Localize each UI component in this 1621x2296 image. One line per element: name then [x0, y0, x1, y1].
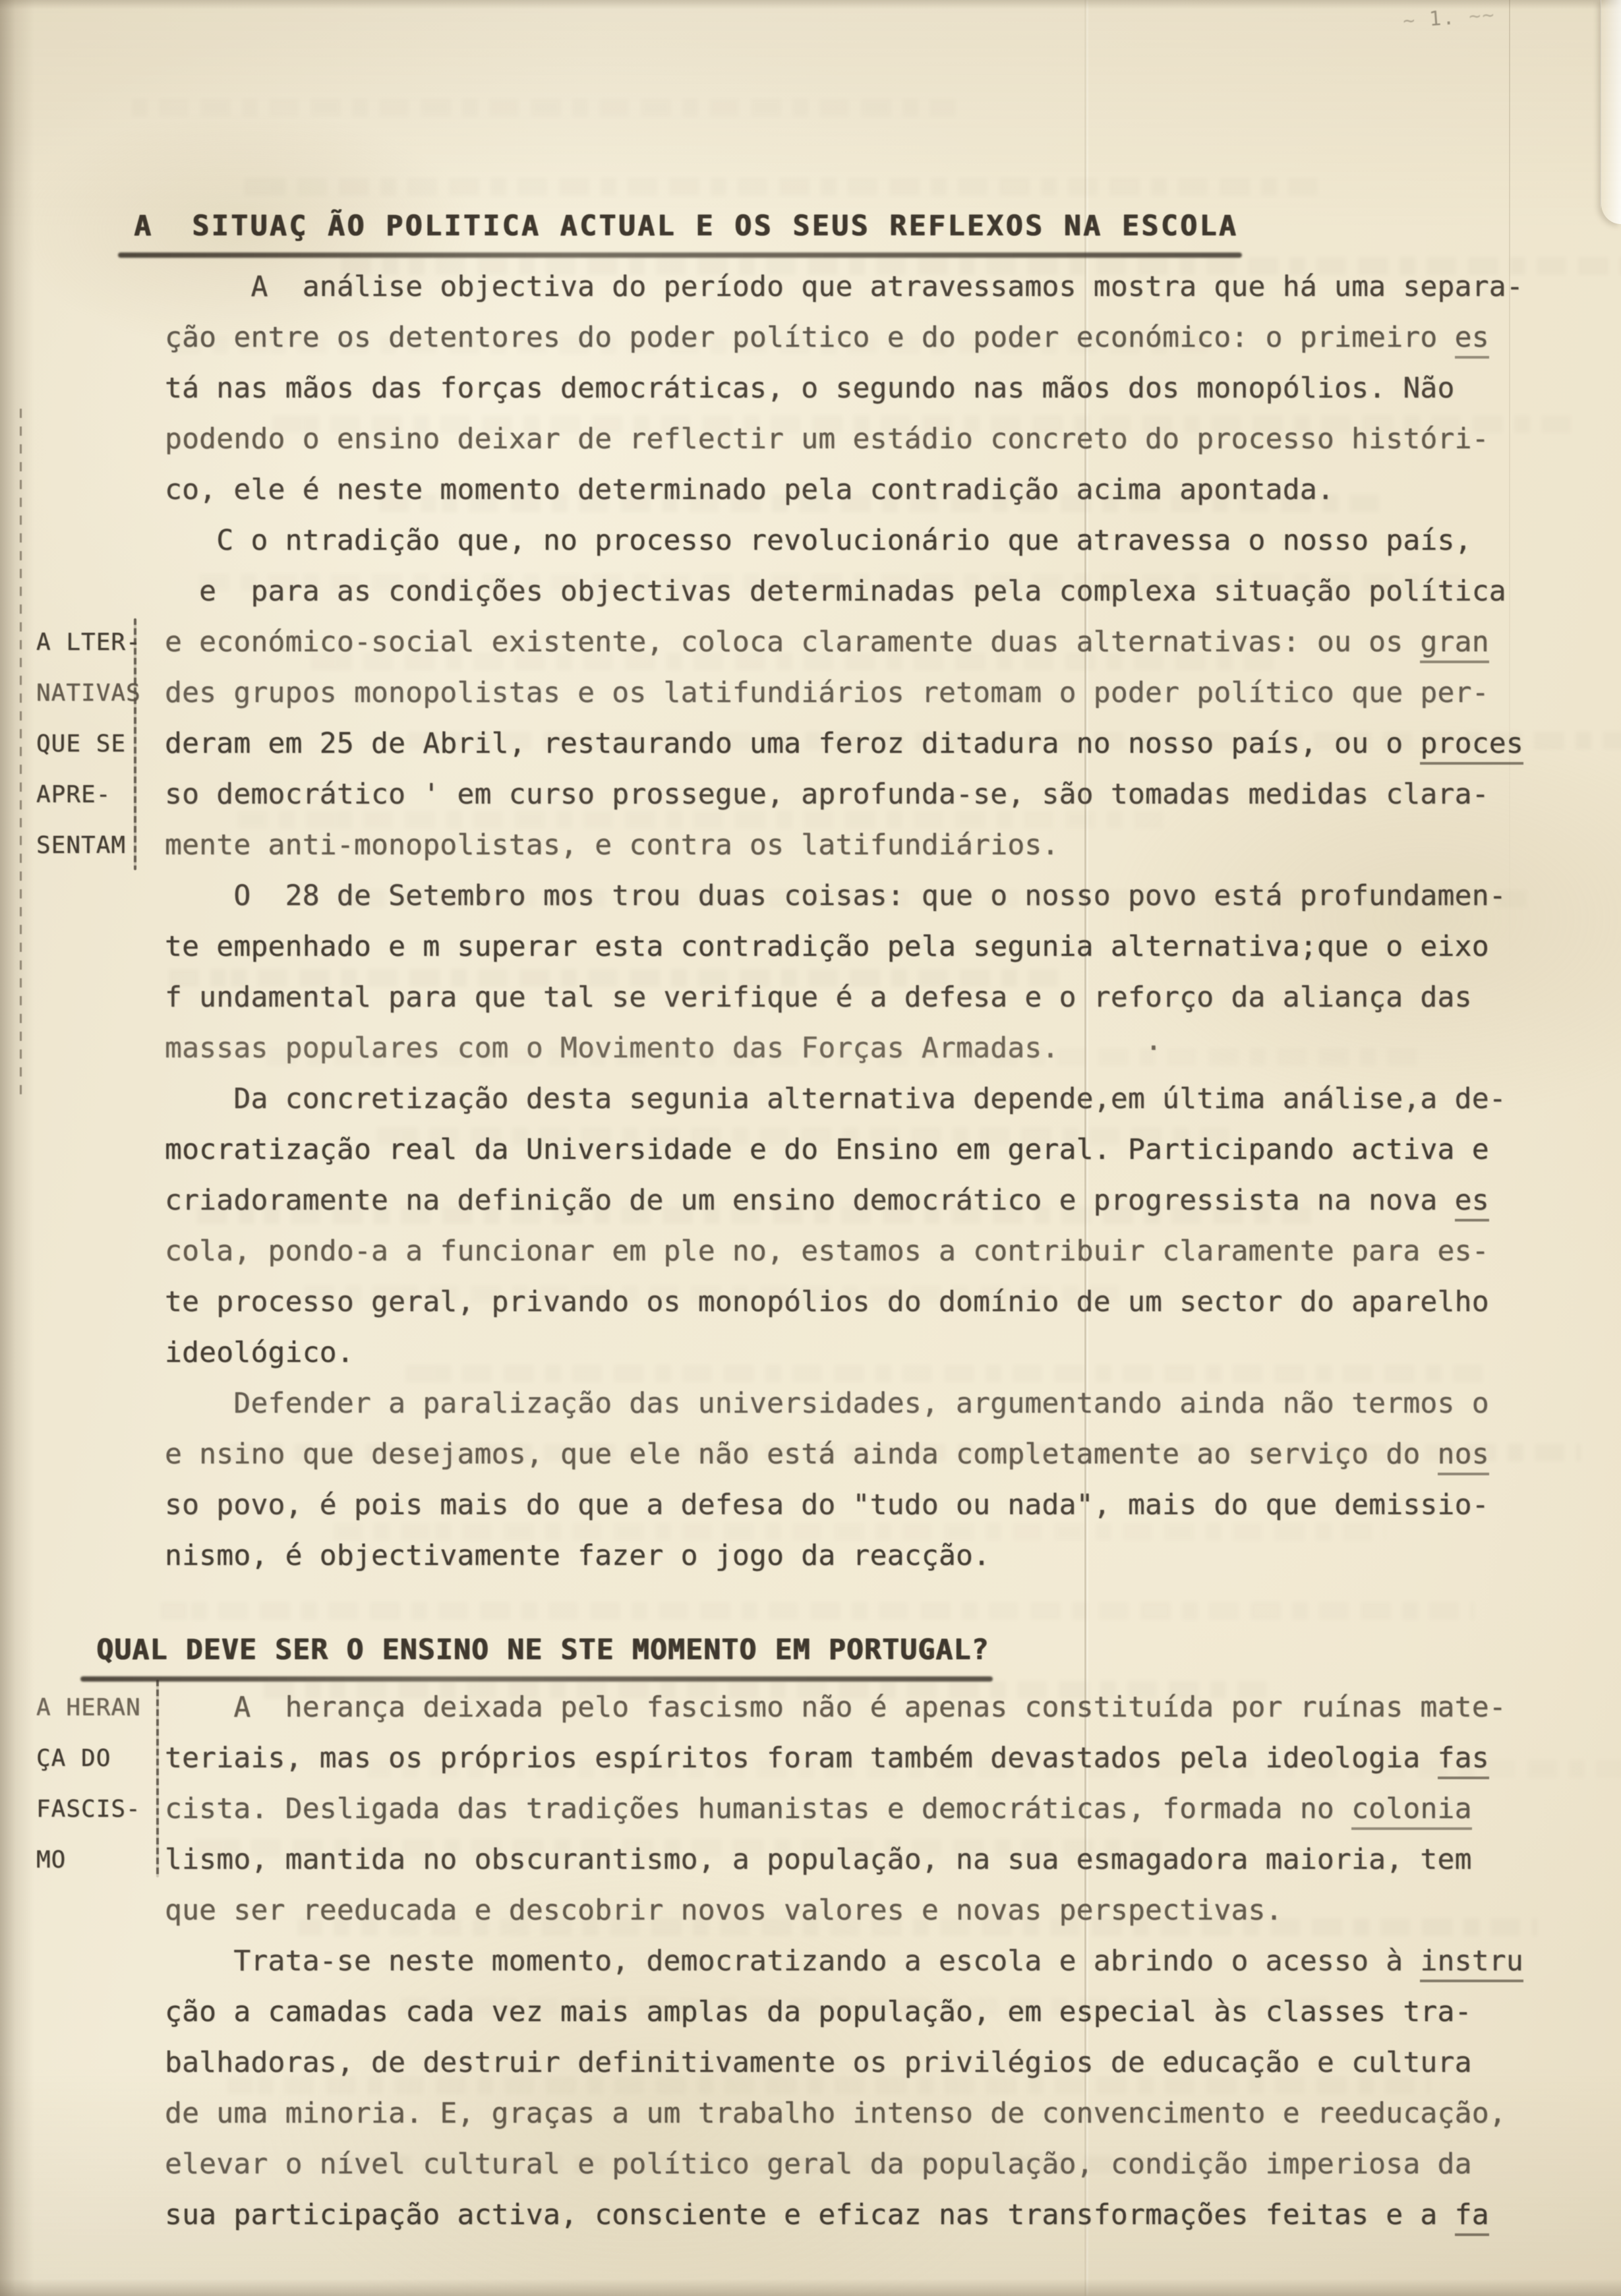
text-line: cista. Desligada das tradições humanista…	[165, 1784, 1472, 1835]
text-line: e para as condições objectivas determina…	[165, 566, 1506, 617]
text-line: f undamental para que tal se verifique é…	[165, 972, 1472, 1023]
page-corner-curl	[1601, 0, 1621, 224]
margin-note-line: NATIVAS	[36, 668, 141, 719]
section-heading: A SITUAÇ ÃO POLITICA ACTUAL E OS SEUS RE…	[134, 201, 1238, 258]
text-line: elevar o nível cultural e político geral…	[165, 2139, 1472, 2190]
page-number: 1.	[1402, 3, 1496, 34]
text-line: ideológico.	[165, 1328, 354, 1378]
margin-note-line: A HERAN	[36, 1682, 141, 1733]
margin-rule-heranca	[156, 1680, 159, 1877]
text-line: cola, pondo-a a funcionar em ple no, est…	[165, 1226, 1489, 1277]
text-line: C o ntradição que, no processo revolucio…	[165, 515, 1472, 566]
text-line: ção a camadas cada vez mais amplas da po…	[165, 1987, 1472, 2038]
text-line: e nsino que desejamos, que ele não está …	[165, 1429, 1489, 1480]
text-line: Trata-se neste momento, democratizando a…	[165, 1936, 1523, 1987]
margin-note-line: ÇA DO	[36, 1733, 111, 1784]
margin-note-line: A LTER-	[36, 617, 141, 668]
paper-left-edge-line	[20, 409, 22, 1101]
text-line: O 28 de Setembro mos trou duas coisas: q…	[165, 871, 1506, 922]
margin-note-line: APRE-	[36, 769, 111, 820]
text-line: balhadoras, de destruir definitivamente …	[165, 2038, 1472, 2088]
paper-left-edge-shadow	[0, 0, 34, 2296]
text-line: co, ele é neste momento determinado pela…	[165, 465, 1334, 515]
document-page: 1. A SITUAÇ ÃO POLITICA ACTUAL E OS SEUS…	[0, 0, 1621, 2296]
text-line: de uma minoria. E, graças a um trabalho …	[165, 2088, 1506, 2139]
text-line: Defender a paralização das universidades…	[165, 1378, 1489, 1429]
vertical-fold-crease-faint	[1509, 0, 1510, 989]
text-line: Da concretização desta segunia alternati…	[165, 1074, 1506, 1125]
text-line: lismo, mantida no obscurantismo, a popul…	[165, 1835, 1472, 1885]
margin-note-line: FASCIS-	[36, 1784, 141, 1835]
text-line: te processo geral, privando os monopólio…	[165, 1277, 1489, 1328]
text-line: mente anti-monopolistas, e contra os lat…	[165, 820, 1059, 871]
text-line: des grupos monopolistas e os latifundiár…	[165, 668, 1489, 719]
text-line: podendo o ensino deixar de reflectir um …	[165, 414, 1489, 465]
text-line: te empenhado e m superar esta contradiçã…	[165, 922, 1489, 972]
margin-note-line: QUE SE	[36, 719, 126, 769]
text-line: mocratização real da Universidade e do E…	[165, 1125, 1489, 1175]
text-line: teriais, mas os próprios espíritos foram…	[165, 1733, 1489, 1784]
ink-bleed-ghost	[160, 1602, 1474, 1620]
ink-bleed-ghost	[235, 178, 1321, 196]
text-line: nismo, é objectivamente fazer o jogo da …	[165, 1531, 990, 1581]
text-line: so democrático ' em curso prossegue, apr…	[165, 769, 1489, 820]
text-line: tá nas mãos das forças democráticas, o s…	[165, 363, 1455, 414]
text-line: so povo, é pois mais do que a defesa do …	[165, 1480, 1489, 1531]
text-line: A herança deixada pelo fascismo não é ap…	[165, 1682, 1506, 1733]
text-line: e económico-social existente, coloca cla…	[165, 617, 1489, 668]
paper-top-edge-shadow	[0, 0, 1621, 9]
text-line: deram em 25 de Abril, restaurando uma fe…	[165, 719, 1523, 769]
text-line: massas populares com o Movimento das For…	[165, 1023, 1162, 1074]
ink-bleed-ghost	[132, 99, 956, 117]
paper-bottom-edge-shadow	[0, 2279, 1621, 2296]
text-line: ção entre os detentores do poder polític…	[165, 312, 1489, 363]
section-heading: QUAL DEVE SER O ENSINO NE STE MOMENTO EM…	[96, 1625, 989, 1682]
text-line: A análise objectiva do período que atrav…	[165, 262, 1523, 312]
margin-note-line: SENTAM	[36, 820, 126, 871]
margin-note-line: MO	[36, 1835, 66, 1885]
text-line: sua participação activa, consciente e ef…	[165, 2190, 1489, 2241]
text-line: criadoramente na definição de um ensino …	[165, 1175, 1489, 1226]
text-line: que ser reeducada e descobrir novos valo…	[165, 1885, 1283, 1936]
